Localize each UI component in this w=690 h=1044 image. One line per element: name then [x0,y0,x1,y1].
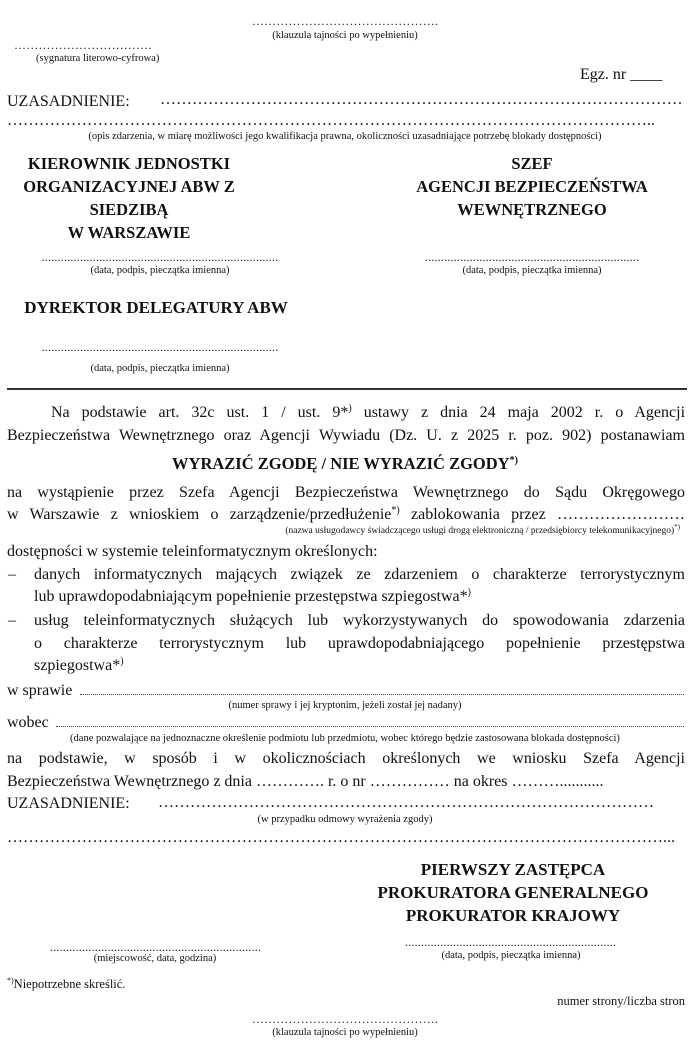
against-field[interactable] [56,726,684,727]
bullet-1-line-1: danych informatycznych mających związek … [34,566,685,584]
basis-paragraph-line-2[interactable]: Bezpieczeństwa Wewnętrznego z dnia ………….… [7,773,604,791]
justification-bottom-caption: (w przypadku odmowy wyrażenia zgody) [0,814,690,825]
justification-top-field-2[interactable]: …………………………………………………………………………………………………………… [7,112,685,130]
classification-caption-top: (klauzula tajności po wypełnieniu) [240,30,450,41]
place-date-caption: (miejscowość, data, godzina) [50,953,260,964]
prosecutor-title: PIERWSZY ZASTĘPCA PROKURATORA GENERALNEG… [360,858,666,927]
case-field[interactable] [80,694,684,695]
footnote: *)Niepotrzebne skreślić. [7,977,125,992]
delegate-director-signature-field[interactable]: ........................................… [40,340,280,355]
delegate-director-signature-caption: (data, podpis, pieczątka imienna) [40,363,280,374]
bullet-dash-1: – [8,566,16,584]
provider-caption: (nazwa usługodawcy świadczącego usługi d… [285,526,680,536]
abw-chief-signature-caption: (data, podpis, pieczątka imienna) [420,265,644,276]
decision-paragraph-line-2: Bezpieczeństwa Wewnętrznego oraz Agencji… [7,427,685,445]
signatory-abw-chief-title: SZEF AGENCJI BEZPIECZEŃSTWA WEWNĘTRZNEGO [400,152,664,221]
justification-top-field-1[interactable]: …………………………………………………………………………………………… [160,91,684,109]
copy-number-field[interactable]: Egz. nr ____ [580,66,662,84]
signatory-unit-head-title: KIEROWNIK JEDNOSTKI ORGANIZACYJNEJ ABW Z… [0,152,258,244]
provider-field[interactable]: zablokowania przez …………………… [400,506,685,523]
request-paragraph-line-2: w Warszawie z wnioskiem o zarządzenie/pr… [7,506,685,524]
decision-verdict[interactable]: WYRAZIĆ ZGODĘ / NIE WYRAZIĆ ZGODY*) [0,454,690,474]
section-divider [7,388,687,390]
classification-field-bottom[interactable]: ………………………………………. [240,1012,450,1027]
prosecutor-signature-caption: (data, podpis, pieczątka imienna) [405,950,617,961]
decision-paragraph-line-1: Na podstawie art. 32c ust. 1 / ust. 9*) … [7,404,685,422]
case-caption: (numer sprawy i jej kryptonim, jeżeli zo… [0,700,690,711]
unit-head-signature-caption: (data, podpis, pieczątka imienna) [40,265,280,276]
prosecutor-signature-field[interactable]: ........................................… [405,935,617,950]
justification-bottom-label: UZASADNIENIE: [7,795,130,813]
delegate-director-title: DYREKTOR DELEGATURY ABW [0,296,312,319]
page-number-label: numer strony/liczba stron [557,994,685,1009]
bullet-2-line-1: usług teleinformatycznych służących lub … [34,612,685,630]
justification-top-caption: (opis zdarzenia, w miarę możliwości jego… [0,131,690,142]
bullet-dash-2: – [8,612,16,630]
case-label: w sprawie [7,682,72,700]
signature-field[interactable]: ……………………………. [14,38,204,53]
justification-bottom-field-2[interactable]: …………………………………………………………………………………………………………… [7,829,685,847]
against-label: wobec [7,714,49,732]
signature-caption: (sygnatura literowo-cyfrowa) [36,53,159,64]
classification-field-top[interactable]: ………………………………………. [240,14,450,29]
bullet-2-line-2: o charakterze terrorystycznym lub uprawd… [34,635,685,653]
justification-bottom-field-1[interactable]: ………………………………………………………………………………… [158,794,684,812]
bullet-2-line-3: szpiegostwa*) [34,657,124,675]
abw-chief-signature-field[interactable]: ........................................… [420,250,644,265]
justification-top-label: UZASADNIENIE: [7,93,130,111]
request-paragraph-line-1: na wystąpienie przez Szefa Agencji Bezpi… [7,484,685,502]
unit-head-signature-field[interactable]: ........................................… [40,250,280,265]
classification-caption-bottom: (klauzula tajności po wypełnieniu) [240,1027,450,1038]
bullet-1-line-2: lub uprawdopodabniającym popełnienie prz… [34,588,471,606]
basis-paragraph-line-1: na podstawie, w sposób i w okolicznościa… [7,750,685,768]
request-paragraph-line-3: dostępności w systemie teleinformatyczny… [7,543,378,561]
against-caption: (dane pozwalające na jednoznaczne określ… [0,733,690,744]
